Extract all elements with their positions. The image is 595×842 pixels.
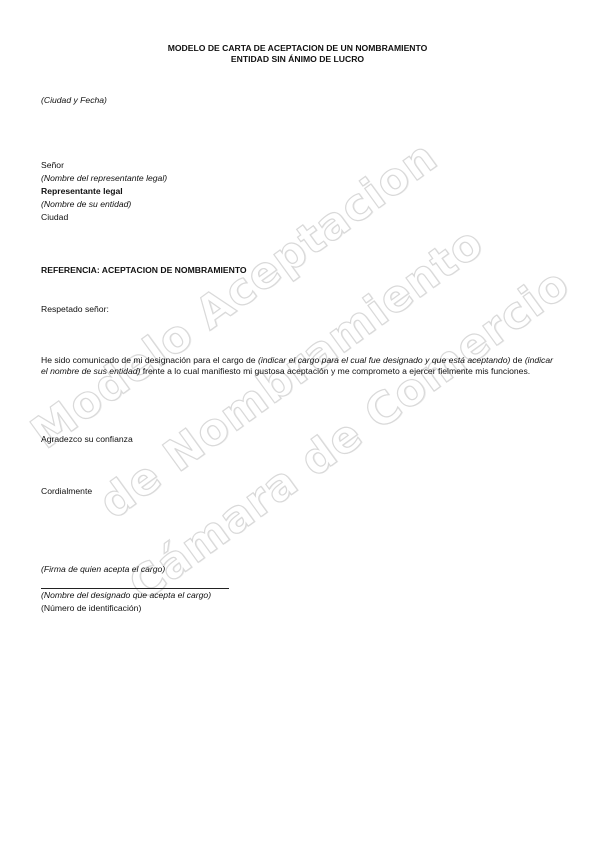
- signer-id-placeholder: (Número de identificación): [41, 603, 141, 614]
- document-title-line-1: MODELO DE CARTA DE ACEPTACION DE UN NOMB…: [0, 43, 595, 54]
- signer-name-placeholder: (Nombre del designado que acepta el carg…: [41, 590, 211, 601]
- signature-line: [41, 588, 229, 589]
- city-date-placeholder: (Ciudad y Fecha): [41, 95, 107, 106]
- document-title-line-2: ENTIDAD SIN ÁNIMO DE LUCRO: [0, 54, 595, 65]
- body-text-3: frente a lo cual manifiesto mi gustosa a…: [140, 366, 530, 376]
- body-text-2: de: [510, 355, 524, 365]
- closing-line: Cordialmente: [41, 486, 92, 497]
- recipient-salutation: Señor: [41, 160, 64, 171]
- recipient-position: Representante legal: [41, 186, 123, 197]
- document-page: Modelo Aceptacion de Nombramiento Cámara…: [0, 0, 595, 842]
- greeting: Respetado señor:: [41, 304, 109, 315]
- body-paragraph: He sido comunicado de mi designación par…: [41, 355, 553, 377]
- body-text-1: He sido comunicado de mi designación par…: [41, 355, 258, 365]
- recipient-entity-placeholder: (Nombre de su entidad): [41, 199, 131, 210]
- watermark-line-3: Cámara de Comercio: [120, 258, 579, 611]
- recipient-name-placeholder: (Nombre del representante legal): [41, 173, 167, 184]
- body-placeholder-cargo: (indicar el cargo para el cual fue desig…: [258, 355, 510, 365]
- recipient-city: Ciudad: [41, 212, 68, 223]
- reference-line: REFERENCIA: ACEPTACION DE NOMBRAMIENTO: [41, 265, 247, 276]
- thanks-line: Agradezco su confianza: [41, 434, 133, 445]
- signature-placeholder: (Firma de quien acepta el cargo): [41, 564, 165, 575]
